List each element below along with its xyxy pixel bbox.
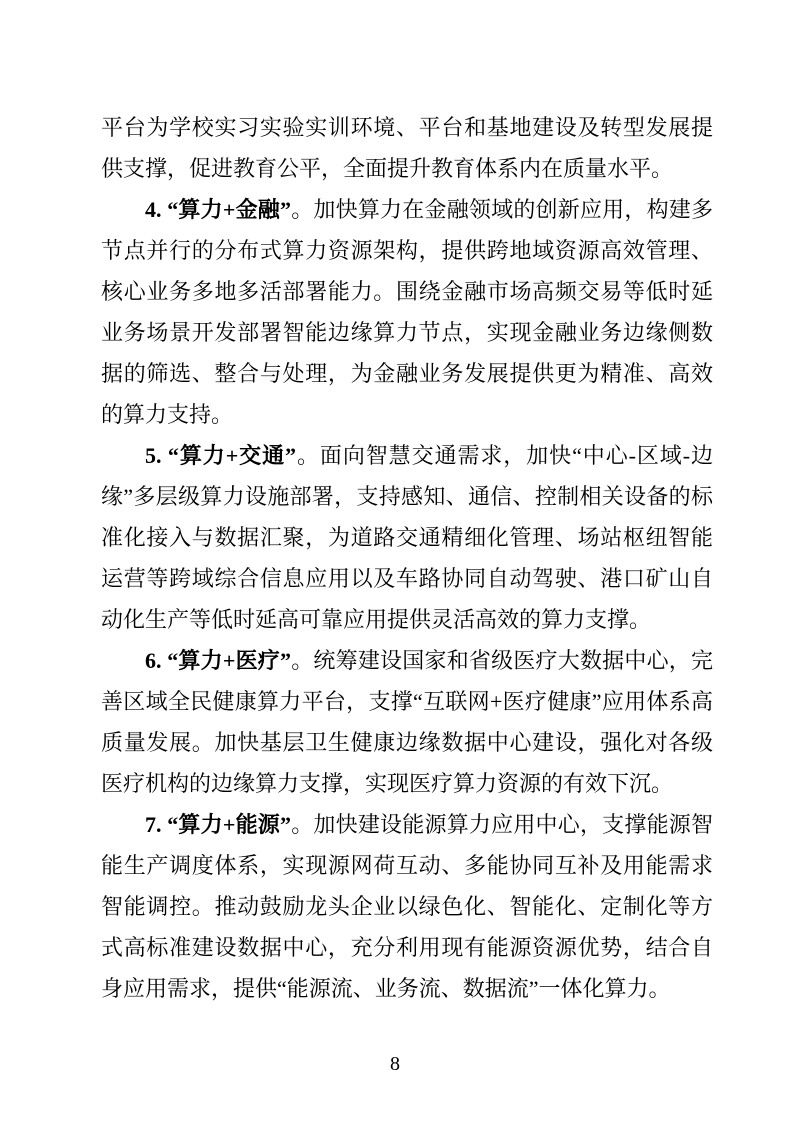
paragraph: 平台为学校实习实验实训环境、平台和基地建设及转型发展提供支撑，促进教育公平，全面… xyxy=(101,107,713,189)
paragraph-text: 。面向智慧交通需求，加快“中心-区域-边缘”多层级算力设施部署，支持感知、通信、… xyxy=(101,443,713,632)
paragraph-text: 。加快建设能源算力应用中心，支撑能源智能生产调度体系，实现源网荷互动、多能协同互… xyxy=(101,812,713,1001)
paragraph-text: 平台为学校实习实验实训环境、平台和基地建设及转型发展提供支撑，促进教育公平，全面… xyxy=(101,115,713,181)
paragraph-heading: 5. “算力+交通” xyxy=(145,443,296,468)
paragraph-heading: 6. “算力+医疗” xyxy=(145,648,291,673)
paragraph: 7. “算力+能源”。加快建设能源算力应用中心，支撑能源智能生产调度体系，实现源… xyxy=(101,804,713,1009)
paragraph: 6. “算力+医疗”。统筹建设国家和省级医疗大数据中心，完善区域全民健康算力平台… xyxy=(101,640,713,804)
paragraph-heading: 7. “算力+能源” xyxy=(145,812,291,837)
page-number: 8 xyxy=(0,1052,790,1076)
paragraph: 4. “算力+金融”。加快算力在金融领域的创新应用，构建多节点并行的分布式算力资… xyxy=(101,189,713,435)
document-body: 平台为学校实习实验实训环境、平台和基地建设及转型发展提供支撑，促进教育公平，全面… xyxy=(101,107,713,1009)
document-page: 平台为学校实习实验实训环境、平台和基地建设及转型发展提供支撑，促进教育公平，全面… xyxy=(0,0,790,1125)
paragraph-heading: 4. “算力+金融” xyxy=(145,197,291,222)
paragraph: 5. “算力+交通”。面向智慧交通需求，加快“中心-区域-边缘”多层级算力设施部… xyxy=(101,435,713,640)
paragraph-text: 。加快算力在金融领域的创新应用，构建多节点并行的分布式算力资源架构，提供跨地域资… xyxy=(101,197,713,427)
